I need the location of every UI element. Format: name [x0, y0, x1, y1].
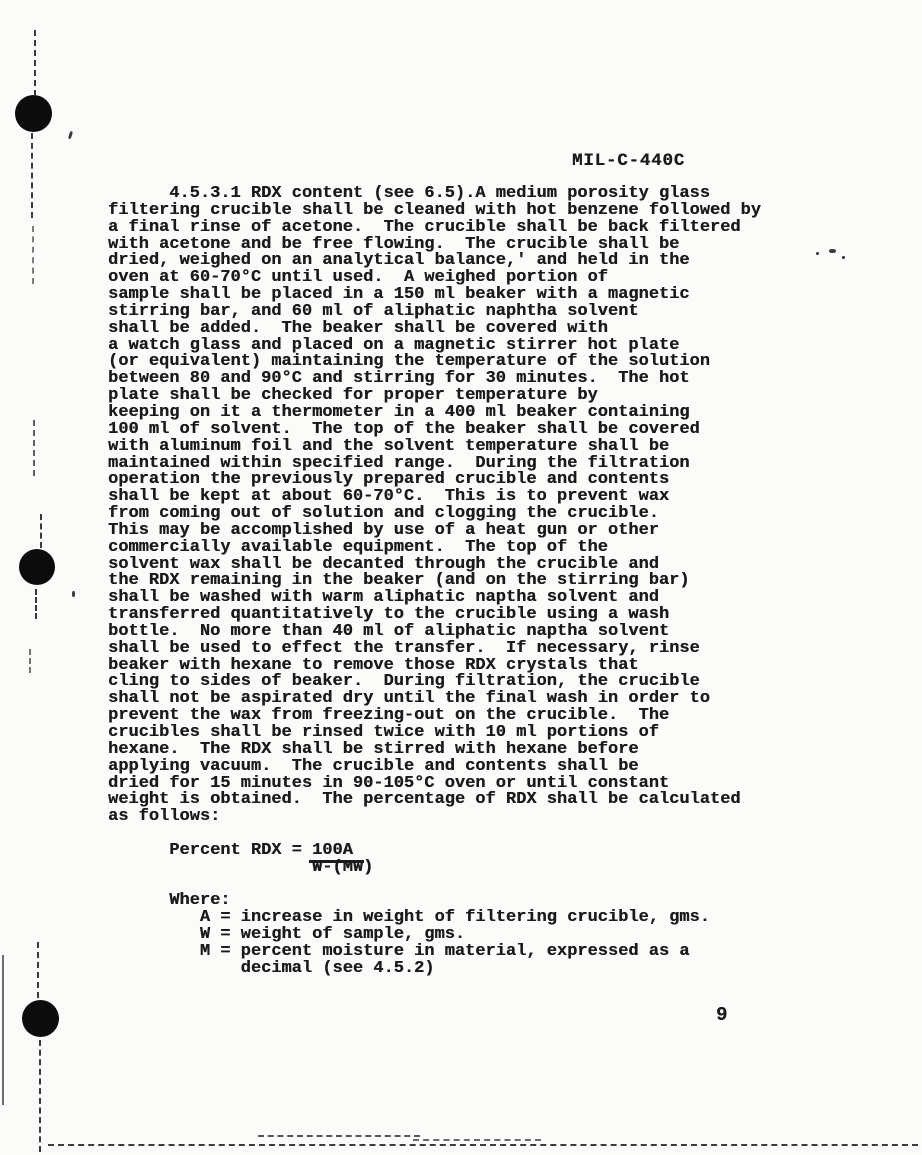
bottom-dashed-line — [48, 1144, 918, 1146]
fraction-bar — [309, 860, 364, 863]
scan-speck — [829, 249, 836, 253]
doc-number: MIL-C-440C — [572, 151, 685, 171]
text-line: decimal (see 4.5.2) — [108, 961, 761, 978]
body-text: 4.5.3.1 RDX content (see 6.5).A medium p… — [108, 186, 761, 978]
left-dashed-line — [40, 514, 42, 548]
bottom-dashed-line — [258, 1135, 420, 1137]
left-dashed-line — [39, 1040, 41, 1152]
hole-punch-icon — [15, 95, 52, 132]
left-dashed-line — [32, 226, 34, 284]
page-number: 9 — [716, 1004, 727, 1026]
document-page: MIL-C-440C 4.5.3.1 RDX content (see 6.5)… — [0, 0, 922, 1155]
left-dashed-line — [33, 420, 35, 476]
left-dashed-line — [35, 589, 37, 619]
text-line: as follows: — [108, 809, 761, 826]
hole-punch-icon — [22, 1000, 59, 1037]
page-edge-line — [2, 955, 4, 1105]
left-dashed-line — [29, 649, 31, 673]
scan-speck — [816, 252, 819, 255]
text-line: a final rinse of acetone. The crucible s… — [108, 220, 761, 237]
text-line: W-(MW) — [108, 860, 761, 877]
left-dashed-line — [31, 133, 33, 218]
scan-speck — [842, 256, 845, 259]
bottom-dashed-line — [413, 1139, 541, 1141]
text-line: applying vacuum. The crucible and conten… — [108, 759, 761, 776]
scan-speck — [68, 131, 73, 139]
left-dashed-line — [34, 30, 36, 96]
scan-speck — [72, 591, 75, 597]
hole-punch-icon — [19, 549, 55, 585]
text-line: with aluminum foil and the solvent tempe… — [108, 439, 761, 456]
left-dashed-line — [37, 942, 39, 998]
